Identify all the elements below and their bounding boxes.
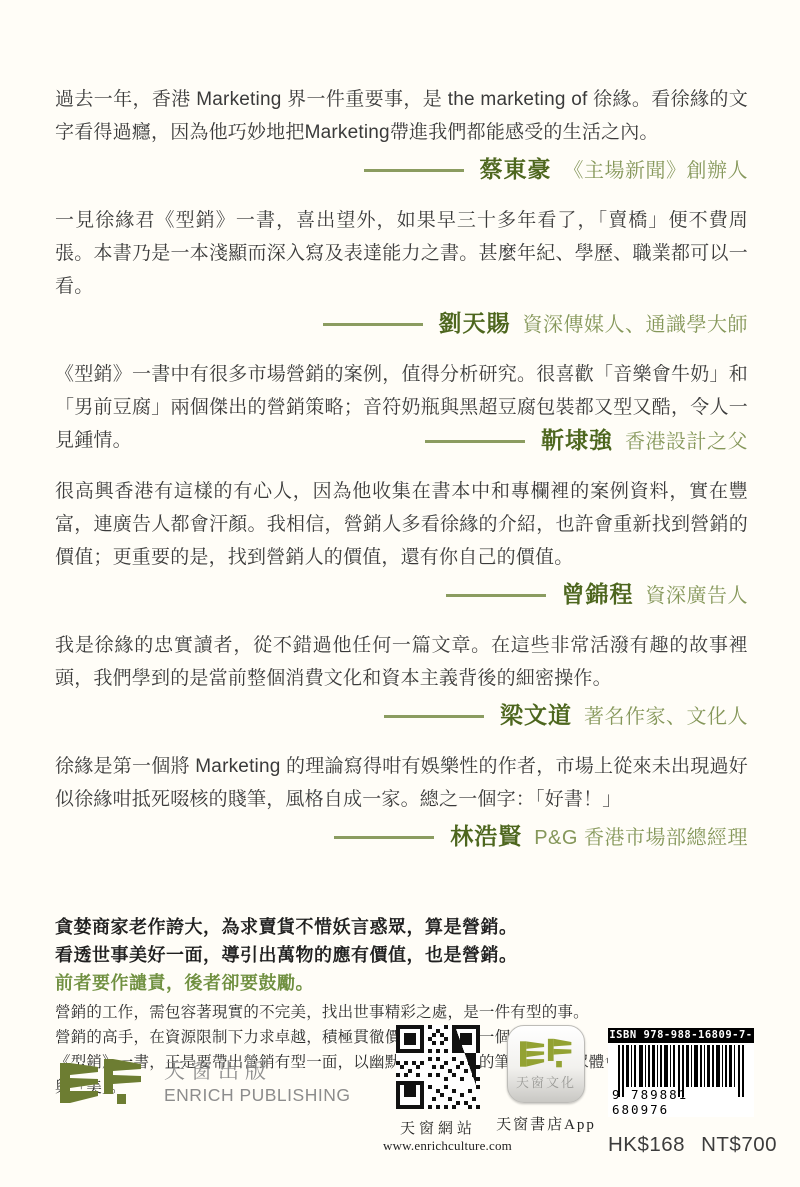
enrich-publishing-logo-icon [60, 1058, 142, 1108]
blurb-bold-line: 看透世事美好一面，導引出萬物的應有價值，也是營銷。 [55, 941, 748, 969]
endorser-title: 資深傳媒人、通識學大師 [523, 314, 749, 336]
testimonial-attribution: 梁文道著名作家、文化人 [55, 699, 748, 732]
testimonial-text: 徐緣是第一個將 Marketing 的理論寫得咁有娛樂性的作者，市場上從來未出現… [55, 750, 748, 816]
blurb-bold-line: 貪婪商家老作誇大，為求賣貨不惜妖言惑眾，算是營銷。 [55, 913, 748, 941]
endorser-name: 蔡東豪 [480, 156, 552, 182]
attribution-dash-line [425, 440, 525, 443]
testimonial-attribution: 曾錦程資深廣告人 [55, 578, 748, 611]
publisher-block: 天窗出版 ENRICH PUBLISHING [60, 1058, 350, 1108]
qr-url: www.enrichculture.com [383, 1138, 493, 1154]
app-caption: 天窗書店App [491, 1113, 601, 1134]
price-nt: NT$700 [701, 1133, 777, 1156]
publisher-name: 天窗出版 ENRICH PUBLISHING [164, 1060, 350, 1106]
app-logo-icon [520, 1038, 572, 1070]
endorser-name: 靳埭強 [541, 427, 613, 453]
website-qr-block: 天窗網站 www.enrichculture.com [383, 1025, 493, 1154]
endorser-name: 梁文道 [500, 702, 572, 728]
testimonial: 過去一年，香港 Marketing 界一件重要事，是 the marketing… [55, 83, 748, 186]
testimonial: 一見徐緣君《型銷》一書，喜出望外，如果早三十多年看了，「賣橋」便不費周張。本書乃… [55, 204, 748, 340]
isbn-label: ISBN 978-988-16809-7-6 [608, 1028, 754, 1043]
qr-code-icon [396, 1025, 480, 1109]
blurb-green-line: 前者要作譴責，後者卻要鼓勵。 [55, 969, 748, 997]
attribution-dash-line [334, 836, 434, 839]
testimonial-text: 過去一年，香港 Marketing 界一件重要事，是 the marketing… [55, 83, 748, 149]
price-hk: HK$168 [608, 1133, 685, 1156]
qr-caption: 天窗網站 [383, 1117, 493, 1138]
book-back-cover: 過去一年，香港 Marketing 界一件重要事，是 the marketing… [0, 0, 800, 1187]
price-line: HK$168NT$700 [608, 1133, 754, 1157]
endorser-name: 劉天賜 [439, 310, 511, 336]
testimonials-section: 過去一年，香港 Marketing 界一件重要事，是 the marketing… [0, 0, 800, 1100]
publisher-name-zh: 天窗出版 [164, 1060, 350, 1084]
testimonial: 《型銷》一書中有很多市場營銷的案例，值得分析研究。很喜歡「音樂會牛奶」和「男前豆… [55, 358, 748, 457]
endorser-title: 香港設計之父 [625, 431, 748, 453]
endorser-title: 《主場新聞》創辦人 [564, 160, 749, 182]
barcode: 9 789881 680976 [608, 1043, 754, 1117]
testimonial-attribution: 蔡東豪《主場新聞》創辦人 [55, 153, 748, 186]
isbn-block: ISBN 978-988-16809-7-6 [608, 1028, 754, 1157]
attribution-dash-line [384, 715, 484, 718]
attribution-dash-line [323, 323, 423, 326]
app-block: 天窗文化 天窗書店App [491, 1025, 601, 1134]
footer: 天窗出版 ENRICH PUBLISHING 天窗網站 www.e [0, 1020, 800, 1160]
attribution-dash-line [364, 169, 464, 172]
testimonial-attribution: 林浩賢P&G 香港市場部總經理 [55, 820, 748, 853]
attribution-dash-line [446, 594, 546, 597]
testimonial-attribution: 靳埭強香港設計之父 [55, 424, 748, 457]
testimonial-attribution: 劉天賜資深傳媒人、通識學大師 [55, 307, 748, 340]
testimonial: 我是徐緣的忠實讀者，從不錯過他任何一篇文章。在這些非常活潑有趣的故事裡頭，我們學… [55, 629, 748, 732]
enrich-app-icon: 天窗文化 [507, 1025, 585, 1103]
app-icon-label: 天窗文化 [516, 1072, 576, 1091]
publisher-name-en: ENRICH PUBLISHING [164, 1084, 350, 1106]
endorser-title: 著名作家、文化人 [584, 706, 748, 728]
testimonial-text: 一見徐緣君《型銷》一書，喜出望外，如果早三十多年看了，「賣橋」便不費周張。本書乃… [55, 204, 748, 303]
endorser-name: 林浩賢 [450, 823, 522, 849]
testimonial-text: 我是徐緣的忠實讀者，從不錯過他任何一篇文章。在這些非常活潑有趣的故事裡頭，我們學… [55, 629, 748, 695]
endorser-title: 資深廣告人 [646, 585, 749, 607]
testimonial: 很高興香港有這樣的有心人，因為他收集在書本中和專欄裡的案例資料，實在豐富，連廣告… [55, 475, 748, 611]
testimonial: 徐緣是第一個將 Marketing 的理論寫得咁有娛樂性的作者，市場上從來未出現… [55, 750, 748, 853]
testimonial-text: 很高興香港有這樣的有心人，因為他收集在書本中和專欄裡的案例資料，實在豐富，連廣告… [55, 475, 748, 574]
endorser-name: 曾錦程 [562, 581, 634, 607]
endorser-title: P&G 香港市場部總經理 [534, 827, 748, 849]
